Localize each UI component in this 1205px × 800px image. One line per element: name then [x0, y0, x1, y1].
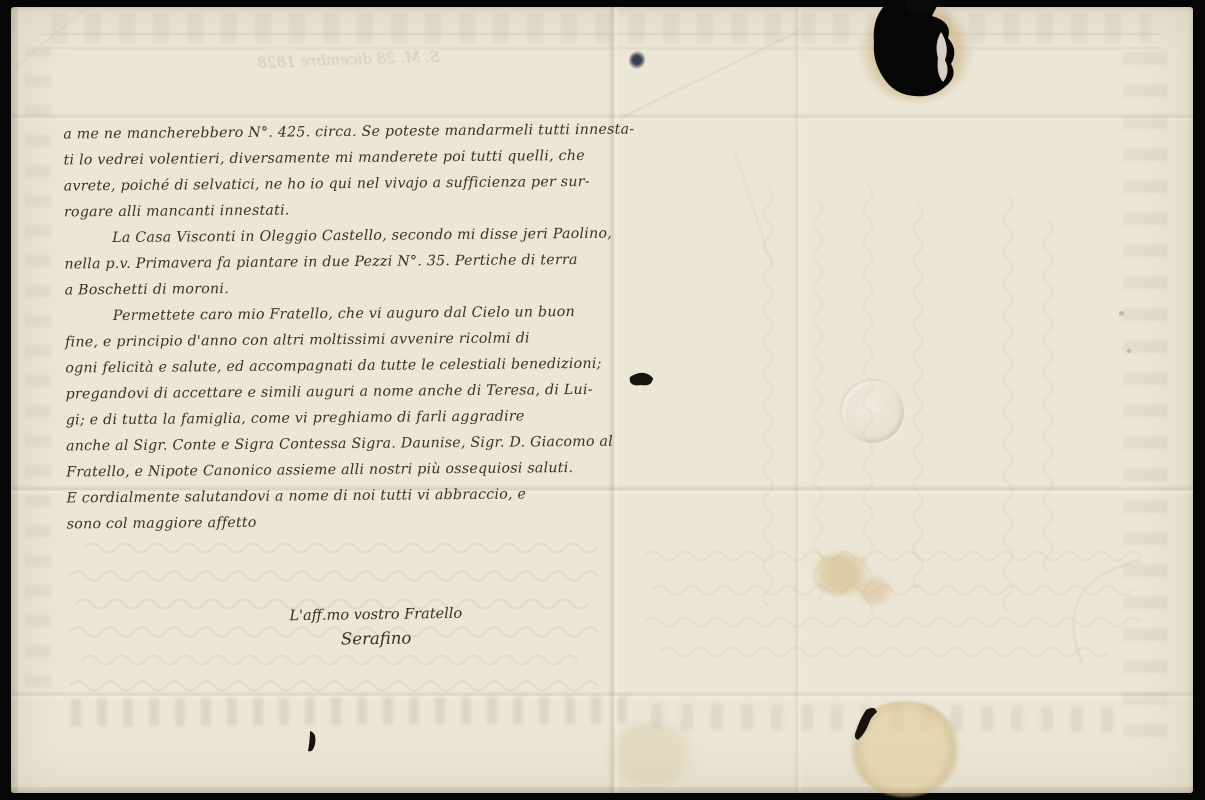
handwriting-line: Permettete caro mio Fratello, che vi aug… — [65, 299, 631, 330]
frame-line-showthrough-1 — [41, 33, 1161, 35]
paper-edge-shade-bottom — [11, 787, 1193, 793]
mirrored-print-band-bottom-left — [71, 696, 631, 727]
fold-crease-vertical-right — [793, 7, 803, 793]
handwriting-line: Fratello, e Nipote Canonico assieme alli… — [66, 455, 632, 486]
tan-stain-middle-2 — [854, 577, 896, 605]
fold-crease-horizontal-bottom — [11, 691, 1193, 700]
ink-blot-top — [629, 51, 645, 69]
handwriting-line: nella p.v. Primavera fa piantare in due … — [64, 247, 630, 278]
seal-stain-bottom — [849, 701, 961, 797]
handwriting-line: sono col maggiore affetto — [67, 507, 633, 538]
letter-sheet: S. M. 28 dicembre 1828 a me ne manchereb… — [11, 7, 1193, 793]
burn-halo-around-hole — [860, 3, 972, 101]
embossed-seal — [842, 381, 904, 443]
signature: Serafino — [241, 627, 511, 650]
mirrored-print-band-bottom-right — [651, 703, 1131, 732]
embossed-border-left — [25, 47, 51, 687]
speck-right-1 — [1119, 311, 1124, 316]
handwriting-line: pregandovi di accettare e simili auguri … — [65, 377, 631, 408]
bleedthrough-date: S. M. 28 dicembre 1828 — [180, 47, 441, 82]
photo-background: S. M. 28 dicembre 1828 a me ne manchereb… — [0, 0, 1205, 800]
crease-diagonal-left-corner — [13, 10, 84, 70]
valediction: L'aff.mo vostro Fratello — [241, 605, 511, 625]
pale-stain-bottom-center — [596, 723, 706, 785]
tan-stain-middle-1 — [806, 553, 876, 595]
handwriting-line: avrete, poiché di selvatici, ne ho io qu… — [64, 169, 630, 200]
letter-body: a me ne mancherebbero N°. 425. circa. Se… — [63, 117, 633, 538]
embossed-border-right — [1123, 37, 1167, 737]
crease-diagonal-right — [734, 151, 774, 266]
crease-diagonal-upper — [619, 29, 800, 119]
frame-line-showthrough-2 — [41, 47, 1161, 49]
letter-closing: L'aff.mo vostro Fratello Serafino — [241, 605, 512, 650]
embossed-border-top — [51, 13, 1151, 43]
speck-right-2 — [1127, 349, 1131, 353]
paper-edge-shade-left — [11, 7, 18, 793]
